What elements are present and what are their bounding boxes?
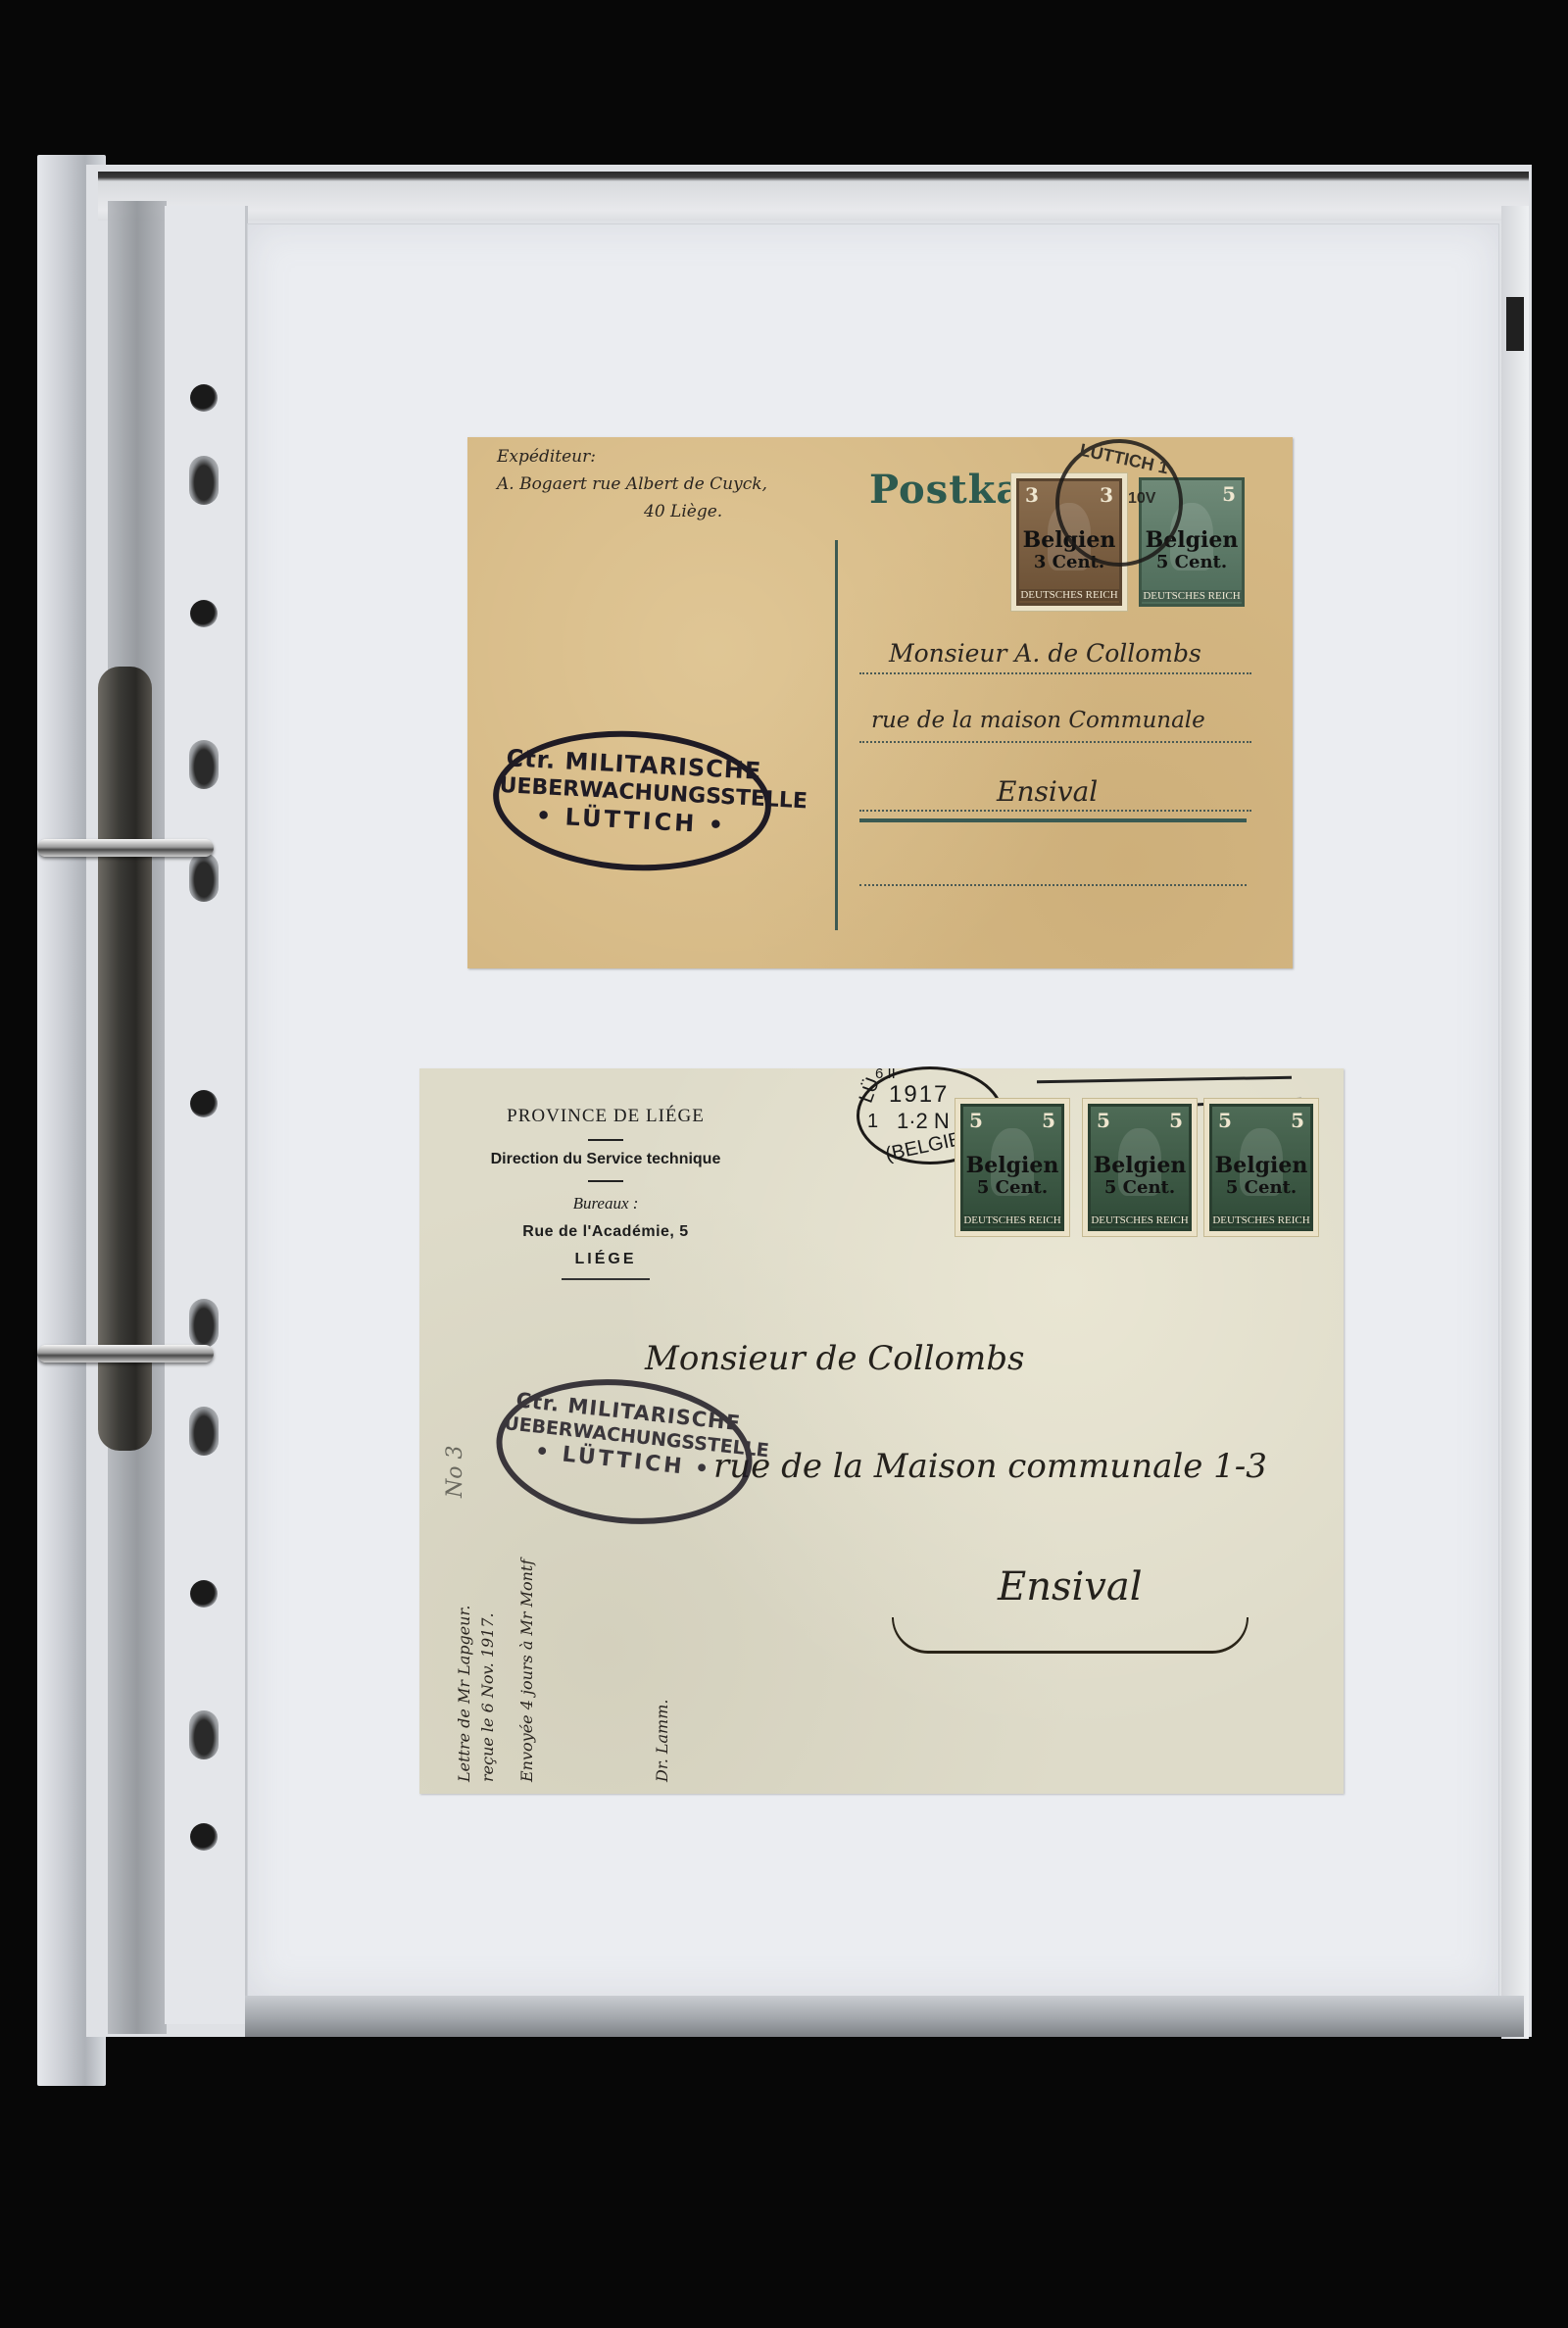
- address-line: [859, 884, 1247, 886]
- recipient-name: Monsieur de Collombs: [645, 1339, 1024, 1378]
- stamp-overprint: Belgien: [1212, 1153, 1310, 1178]
- sleeve-top-edge: [98, 172, 1529, 221]
- stamp-surcharge: 5 Cent.: [1142, 552, 1242, 572]
- letterhead-rule: [562, 1278, 650, 1280]
- envelope[interactable]: PROVINCE DE LIÉGE Direction du Service t…: [419, 1068, 1344, 1794]
- stamp-surcharge: 5 Cent.: [1212, 1177, 1310, 1198]
- sleeve-right-edge: [1501, 206, 1529, 2039]
- letterhead-city: LIÉGE: [459, 1251, 753, 1268]
- stamp[interactable]: 5 5 Belgien 5 Cent. DEUTSCHES REICH: [1082, 1098, 1198, 1237]
- binder-ring-upper: [37, 839, 214, 857]
- postmark-time: 1·2 N: [897, 1109, 950, 1134]
- punch-hole-oval: [189, 1407, 219, 1456]
- stamp-country: DEUTSCHES REICH: [1091, 1214, 1189, 1226]
- postcard-divider: [835, 540, 838, 930]
- stamp-overprint: Belgien: [963, 1153, 1061, 1178]
- postmark-text: LÜTTICH 1: [1078, 440, 1170, 479]
- punch-hole-oval: [189, 456, 219, 505]
- stamp-surcharge: 5 Cent.: [963, 1177, 1061, 1198]
- punch-hole: [190, 1580, 218, 1608]
- sleeve-bottom-edge: [245, 1996, 1524, 2037]
- sender-address: Expéditeur: A. Bogaert rue Albert de Cuy…: [497, 443, 767, 525]
- recipient-town: Ensival: [998, 1564, 1143, 1610]
- letterhead: PROVINCE DE LIÉGE Direction du Service t…: [459, 1106, 753, 1280]
- postmark-cancel: LÜTTICH 1 10V: [1055, 439, 1183, 567]
- recipient-street: rue de la maison Communale: [871, 708, 1205, 733]
- pencil-note: Lettre de Mr Lapgeur.: [455, 1606, 473, 1782]
- stamp-value: 5: [1169, 1109, 1183, 1132]
- index-tab: [1506, 297, 1524, 351]
- ring-binder-spine: [98, 667, 152, 1451]
- machine-cancel-wave: [1037, 1076, 1292, 1084]
- stamp[interactable]: 5 5 Belgien 5 Cent. DEUTSCHES REICH: [1203, 1098, 1319, 1237]
- address-flourish: [892, 1617, 1249, 1654]
- letterhead-province: PROVINCE DE LIÉGE: [459, 1106, 753, 1127]
- stamp-value: 5: [969, 1109, 983, 1132]
- punch-hole-oval: [189, 740, 219, 789]
- pencil-note: reçue le 6 Nov. 1917.: [478, 1612, 497, 1782]
- stamp-value: 5: [1222, 482, 1236, 506]
- address-line: [859, 741, 1251, 743]
- letterhead-street: Rue de l'Académie, 5: [459, 1223, 753, 1241]
- pencil-note: Envoyée 4 jours à Mr Montf: [517, 1560, 536, 1782]
- sender-line: 40 Liège.: [497, 498, 767, 525]
- postcard[interactable]: Expéditeur: A. Bogaert rue Albert de Cuy…: [467, 437, 1293, 968]
- punched-margin-strip: [165, 206, 248, 2024]
- stamp[interactable]: 5 5 Belgien 5 Cent. DEUTSCHES REICH: [955, 1098, 1070, 1237]
- censor-handstamp: Ctr. MILITARISCHE UEBERWACHUNGSSTELLE • …: [489, 1367, 759, 1537]
- postmark-time: 10V: [1128, 490, 1155, 508]
- stamp-value: 5: [1218, 1109, 1232, 1132]
- punch-hole-oval: [189, 1710, 219, 1759]
- postmark-number: 1: [867, 1111, 878, 1133]
- punch-hole: [190, 600, 218, 627]
- stamp-country: DEUTSCHES REICH: [1142, 590, 1242, 602]
- censor-handstamp: Ctr. MILITARISCHE UEBERWACHUNGSSTELLE • …: [489, 724, 774, 878]
- punch-hole: [190, 384, 218, 412]
- recipient-street: rue de la Maison communale 1-3: [713, 1447, 1267, 1486]
- punch-hole: [190, 1090, 218, 1117]
- stamp-surcharge: 5 Cent.: [1091, 1177, 1189, 1198]
- stamp-country: DEUTSCHES REICH: [1019, 589, 1119, 601]
- stamp-country: DEUTSCHES REICH: [1212, 1214, 1310, 1226]
- stamp-value: 5: [1291, 1109, 1304, 1132]
- letterhead-rule: [588, 1139, 623, 1141]
- stamp-country: DEUTSCHES REICH: [963, 1214, 1061, 1226]
- pencil-note: Dr. Lamm.: [653, 1700, 671, 1782]
- address-rule: [859, 818, 1247, 822]
- stamp-value: 5: [1097, 1109, 1110, 1132]
- stamp-value: 5: [1042, 1109, 1055, 1132]
- stamp-value: 3: [1025, 483, 1039, 507]
- postmark-year: 1917: [889, 1081, 949, 1109]
- letterhead-rule: [588, 1180, 623, 1182]
- stamp-overprint: Belgien: [1091, 1153, 1189, 1178]
- punch-hole: [190, 1823, 218, 1851]
- sender-line: Expéditeur:: [497, 443, 767, 471]
- letterhead-department: Direction du Service technique: [459, 1151, 753, 1168]
- punch-hole-oval: [189, 853, 219, 902]
- recipient-name: Monsieur A. de Collombs: [889, 639, 1201, 668]
- address-line: [859, 672, 1251, 674]
- address-line: [859, 810, 1251, 812]
- sender-line: A. Bogaert rue Albert de Cuyck,: [497, 471, 767, 498]
- letterhead-bureaux: Bureaux :: [459, 1194, 753, 1214]
- archive-number: No 3: [443, 1446, 467, 1499]
- binder-ring-lower: [37, 1345, 214, 1362]
- recipient-town: Ensival: [997, 775, 1098, 808]
- punch-hole-oval: [189, 1299, 219, 1348]
